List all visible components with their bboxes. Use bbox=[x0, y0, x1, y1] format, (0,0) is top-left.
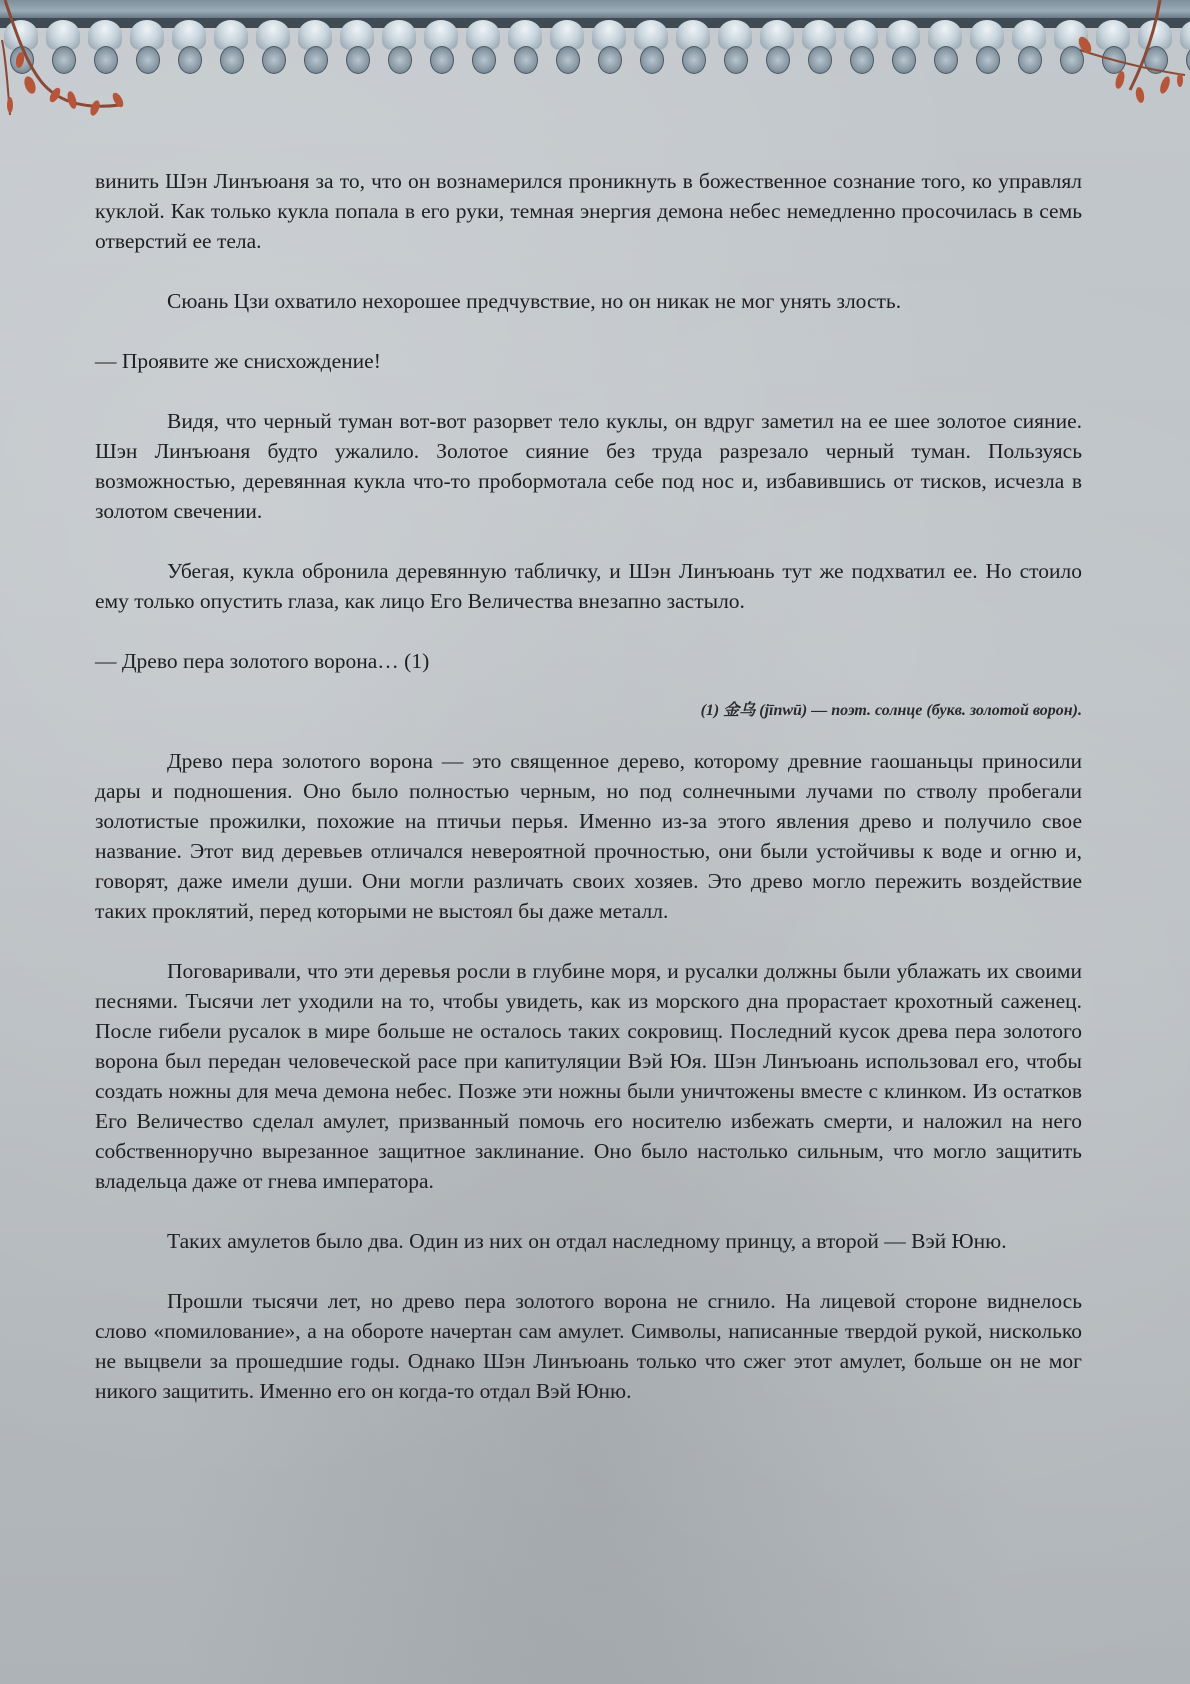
paragraph: Прошли тысячи лет, но древо пера золотог… bbox=[95, 1286, 1082, 1406]
footnote: (1) 金乌 (jīnwū) — поэт. солнце (букв. зол… bbox=[95, 696, 1082, 726]
paragraph: винить Шэн Линъюаня за то, что он вознам… bbox=[95, 166, 1082, 256]
paragraph: Таких амулетов было два. Один из них он … bbox=[95, 1226, 1082, 1256]
dialogue-line: — Проявите же снисхождение! bbox=[95, 346, 1082, 376]
dialogue-line: — Древо пера золотого ворона… (1) bbox=[95, 646, 1082, 676]
roof-tiles-header bbox=[0, 0, 1190, 78]
paragraph: Поговаривали, что эти деревья росли в гл… bbox=[95, 956, 1082, 1196]
paragraph: Видя, что черный туман вот-вот разорвет … bbox=[95, 406, 1082, 526]
paragraph: Убегая, кукла обронила деревянную таблич… bbox=[95, 556, 1082, 616]
document-body: винить Шэн Линъюаня за то, что он вознам… bbox=[95, 166, 1082, 1436]
paragraph: Древо пера золотого ворона — это священн… bbox=[95, 746, 1082, 926]
roof-tile-row bbox=[0, 14, 1190, 78]
paragraph: Сюань Цзи охватило нехорошее предчувстви… bbox=[95, 286, 1082, 316]
